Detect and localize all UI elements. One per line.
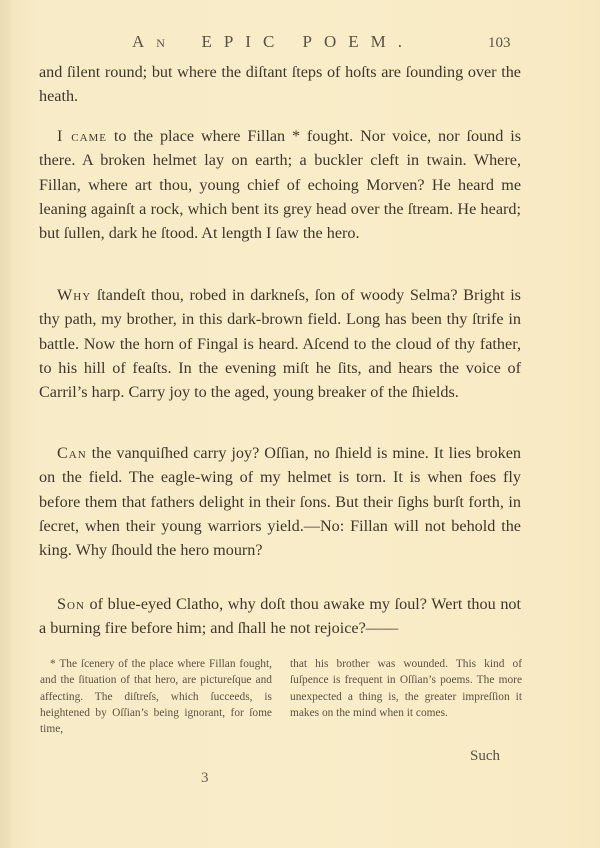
paragraph-why-standest: Why ſtandeſt thou, robed in darkneſs, ſo… <box>39 283 521 404</box>
running-title-initial-small: N <box>156 36 169 50</box>
paragraph-text: of blue-eyed Clatho, why doſt thou awake… <box>39 595 521 637</box>
paragraph-text: ſtandeſt thou, robed in darkneſs, ſon of… <box>39 286 521 401</box>
signature-mark: 3 <box>201 770 209 787</box>
paragraph-lead: Can <box>57 444 87 462</box>
book-page: AN EPIC POEM. 103 and ſilent round; but … <box>0 0 600 848</box>
paragraph-lead: Why <box>57 286 91 304</box>
catchword: Such <box>470 748 500 765</box>
running-title-rest: EPIC POEM. <box>201 32 414 51</box>
footnote: * The ſcenery of the place where Fillan … <box>40 656 522 737</box>
paragraph-lead: Son <box>57 595 85 613</box>
page-number: 103 <box>488 35 511 52</box>
paragraph-fillan-fought: I came to the place where Fillan * fough… <box>39 124 521 245</box>
paragraph-text: and ſilent round; but where the diſtant … <box>39 60 521 109</box>
paragraph-text: the vanquiſhed carry joy? Oſſian, no ſhi… <box>39 444 521 559</box>
paragraph-son-of-clatho: Son of blue-eyed Clatho, why doſt thou a… <box>39 592 521 641</box>
footnote-column-right: that his brother was wounded. This kind … <box>290 656 522 737</box>
running-head: AN EPIC POEM. 103 <box>0 32 600 52</box>
running-title: AN EPIC POEM. <box>132 32 414 52</box>
paragraph-lead: I came <box>57 127 107 145</box>
paragraph-continuation: and ſilent round; but where the diſtant … <box>39 60 521 109</box>
footnote-column-left: * The ſcenery of the place where Fillan … <box>40 656 272 737</box>
paragraph-can-the-vanquished: Can the vanquiſhed carry joy? Oſſian, no… <box>39 441 521 562</box>
running-title-initial: A <box>132 32 156 51</box>
paragraph-text: to the place where Fillan * fought. Nor … <box>39 127 521 242</box>
